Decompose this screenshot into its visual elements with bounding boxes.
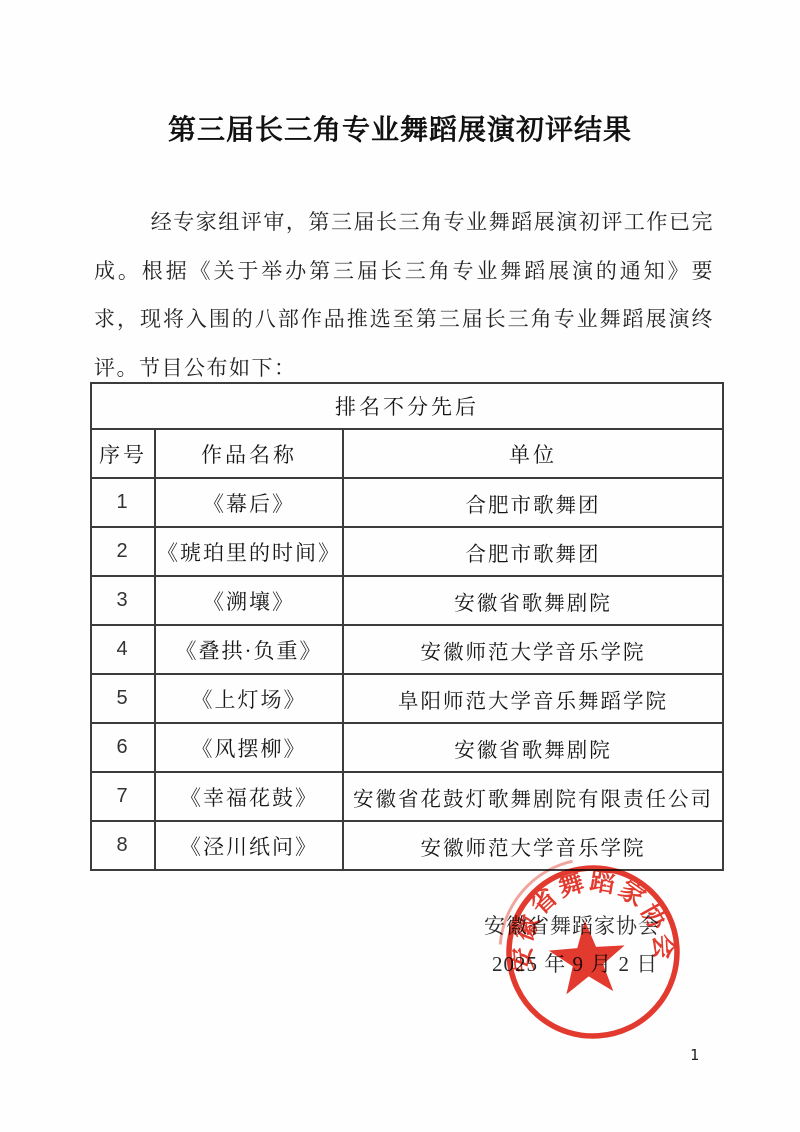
cell-work-title: 《风摆柳》 [155, 723, 343, 772]
table-row: 4 《叠拱·负重》 安徽师范大学音乐学院 [91, 625, 723, 674]
cell-index: 4 [91, 625, 155, 674]
cell-organization: 安徽省歌舞剧院 [343, 576, 723, 625]
cell-index: 2 [91, 527, 155, 576]
cell-work-title: 《琥珀里的时间》 [155, 527, 343, 576]
cell-index: 8 [91, 821, 155, 870]
table-caption-row: 排名不分先后 [91, 383, 723, 429]
results-table-body: 排名不分先后 序号 作品名称 单位 1 《幕后》 合肥市歌舞团 2 《琥珀里的时… [91, 383, 723, 870]
page-number: 1 [690, 1046, 699, 1064]
table-caption: 排名不分先后 [91, 383, 723, 429]
cell-organization: 安徽省花鼓灯歌舞剧院有限责任公司 [343, 772, 723, 821]
cell-work-title: 《幕后》 [155, 478, 343, 527]
table-row: 2 《琥珀里的时间》 合肥市歌舞团 [91, 527, 723, 576]
table-row: 1 《幕后》 合肥市歌舞团 [91, 478, 723, 527]
cell-work-title: 《幸福花鼓》 [155, 772, 343, 821]
cell-organization: 合肥市歌舞团 [343, 478, 723, 527]
cell-work-title: 《上灯场》 [155, 674, 343, 723]
table-row: 6 《风摆柳》 安徽省歌舞剧院 [91, 723, 723, 772]
cell-index: 3 [91, 576, 155, 625]
cell-index: 6 [91, 723, 155, 772]
table-row: 7 《幸福花鼓》 安徽省花鼓灯歌舞剧院有限责任公司 [91, 772, 723, 821]
results-table: 排名不分先后 序号 作品名称 单位 1 《幕后》 合肥市歌舞团 2 《琥珀里的时… [90, 382, 724, 871]
column-header-organization: 单位 [343, 429, 723, 478]
cell-organization: 安徽师范大学音乐学院 [343, 625, 723, 674]
cell-index: 1 [91, 478, 155, 527]
document-title: 第三届长三角专业舞蹈展演初评结果 [0, 108, 800, 148]
cell-index: 5 [91, 674, 155, 723]
cell-organization: 安徽省歌舞剧院 [343, 723, 723, 772]
cell-work-title: 《叠拱·负重》 [155, 625, 343, 674]
official-seal-stamp: 安徽省舞蹈家协会 [486, 845, 699, 1058]
cell-organization: 阜阳师范大学音乐舞蹈学院 [343, 674, 723, 723]
cell-work-title: 《泾川纸问》 [155, 821, 343, 870]
table-row: 3 《溯壤》 安徽省歌舞剧院 [91, 576, 723, 625]
column-header-work-title: 作品名称 [155, 429, 343, 478]
column-header-index: 序号 [91, 429, 155, 478]
document-body-paragraph: 经专家组评审，第三届长三角专业舞蹈展演初评工作已完成。根据《关于举办第三届长三角… [94, 198, 714, 392]
cell-index: 7 [91, 772, 155, 821]
star-icon [547, 918, 628, 996]
scanned-document-page: 第三届长三角专业舞蹈展演初评结果 经专家组评审，第三届长三角专业舞蹈展演初评工作… [0, 0, 800, 1132]
table-header-row: 序号 作品名称 单位 [91, 429, 723, 478]
cell-work-title: 《溯壤》 [155, 576, 343, 625]
cell-organization: 合肥市歌舞团 [343, 527, 723, 576]
table-row: 5 《上灯场》 阜阳师范大学音乐舞蹈学院 [91, 674, 723, 723]
